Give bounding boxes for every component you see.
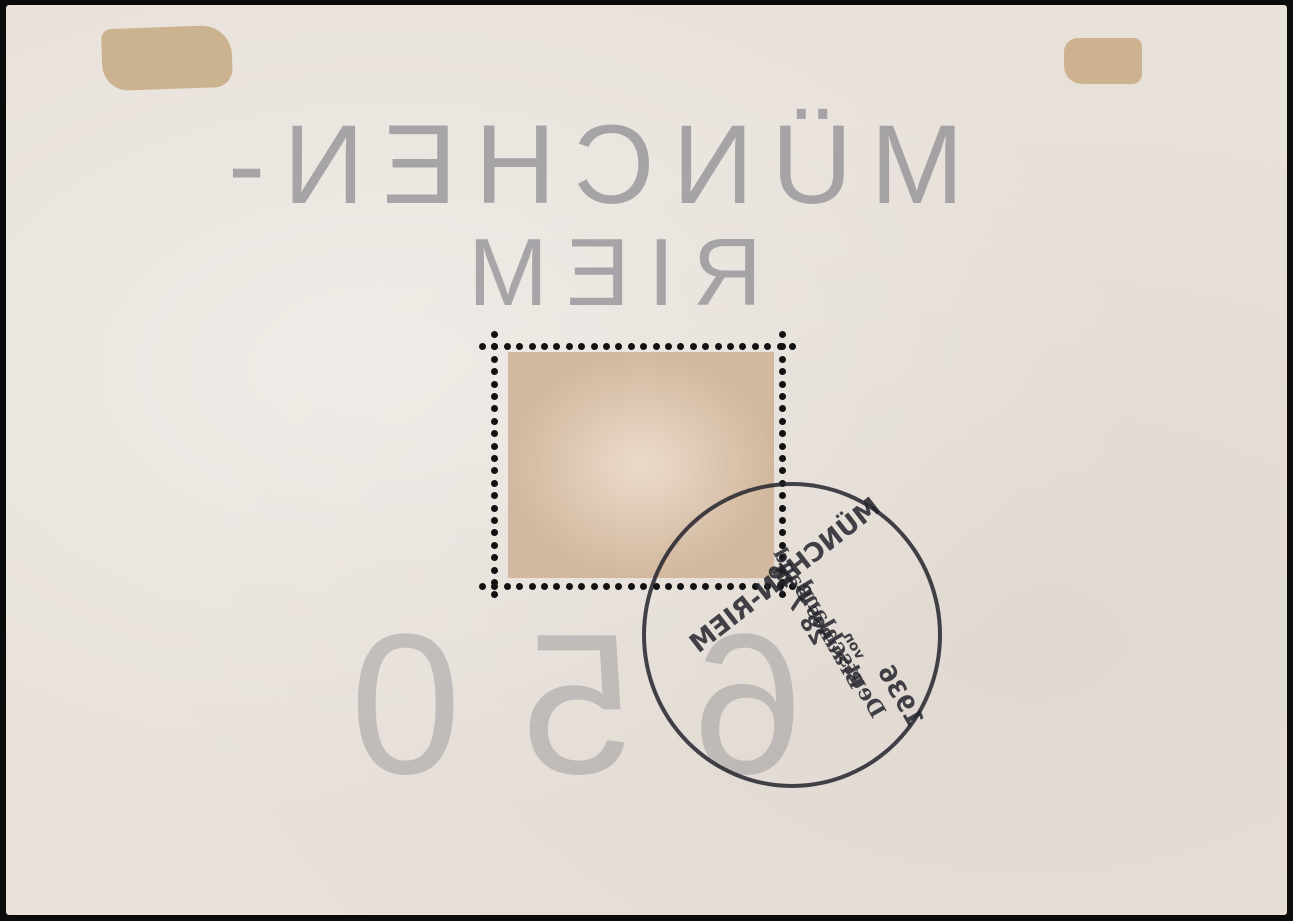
- show-through-text-line2: RIEM: [450, 218, 762, 328]
- glue-stain-left: [101, 25, 233, 91]
- show-through-text-line1: MÜNCHEN-: [210, 100, 964, 229]
- postmark: MÜNCHEN-RIEM 28 7 36 Braunes Band von De…: [642, 482, 942, 788]
- glue-stain-right: [1064, 38, 1142, 84]
- postmark-country-text: Deutschland: [790, 575, 890, 722]
